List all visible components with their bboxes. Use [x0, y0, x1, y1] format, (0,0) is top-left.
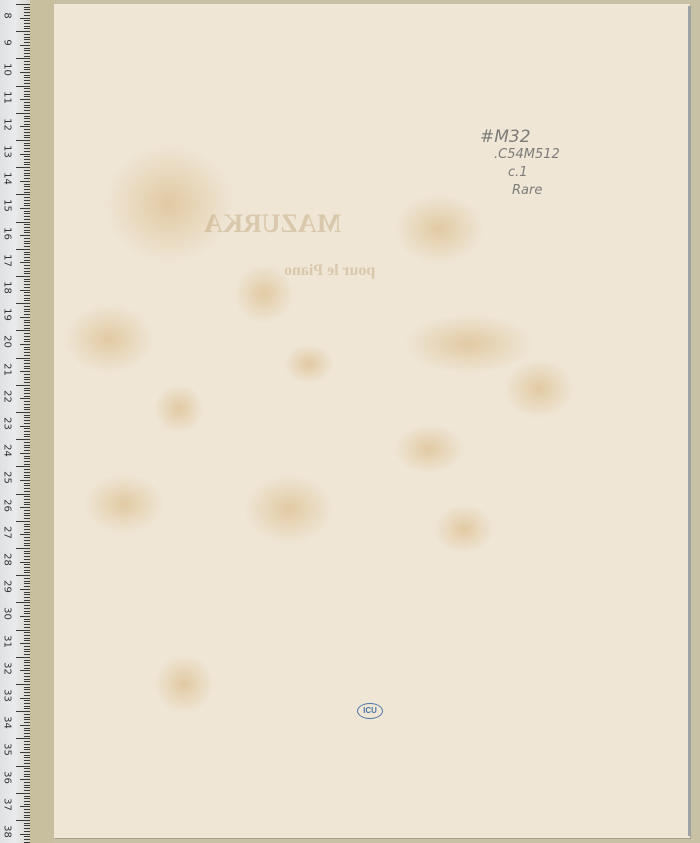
- rare-note: Rare: [480, 182, 560, 200]
- ruler-label: 34: [2, 716, 13, 730]
- ruler-tick: [16, 494, 30, 495]
- ruler-label: 21: [2, 362, 13, 376]
- ruler-tick: [16, 521, 30, 522]
- ruler-tick: [20, 806, 30, 807]
- ruler-label: 25: [2, 471, 13, 485]
- ruler-tick: [16, 711, 30, 712]
- ruler-tick: [16, 330, 30, 331]
- ruler-tick: [16, 167, 30, 168]
- ruler-tick: [16, 630, 30, 631]
- ruler-tick: [20, 262, 30, 263]
- ruler-tick: [16, 222, 30, 223]
- call-number-line: #M32: [480, 128, 560, 146]
- ruler-tick: [20, 72, 30, 73]
- ruler-label: 30: [2, 607, 13, 621]
- ruler-tick: [16, 793, 30, 794]
- foxing-stain: [84, 474, 164, 534]
- ruler-label: 8: [2, 9, 13, 23]
- ruler-tick: [20, 453, 30, 454]
- copy-number: c.1: [480, 164, 560, 182]
- ruler-label: 36: [2, 770, 13, 784]
- ruler-tick: [20, 589, 30, 590]
- ruler-tick: [16, 602, 30, 603]
- ruler-tick: [20, 616, 30, 617]
- ruler-label: 18: [2, 281, 13, 295]
- ruler-tick: [16, 276, 30, 277]
- ruler-tick: [20, 371, 30, 372]
- foxing-stain: [244, 474, 334, 544]
- ruler-tick: [16, 58, 30, 59]
- ruler-tick: [20, 398, 30, 399]
- ruler-label: 14: [2, 172, 13, 186]
- ruler-tick: [20, 725, 30, 726]
- ruler-tick: [20, 562, 30, 563]
- ruler-label: 13: [2, 145, 13, 159]
- call-number-cutter: .C54M512: [480, 146, 560, 164]
- ruler-tick: [20, 208, 30, 209]
- scan-background-strip: [30, 0, 54, 843]
- ruler-tick: [16, 4, 30, 5]
- ruler-label: 26: [2, 498, 13, 512]
- ruler-tick: [16, 249, 30, 250]
- ruler-tick: [16, 385, 30, 386]
- ruler-tick: [20, 698, 30, 699]
- foxing-stain: [154, 384, 204, 434]
- foxing-stain: [64, 304, 154, 374]
- ruler-tick: [20, 426, 30, 427]
- ruler-label: 31: [2, 634, 13, 648]
- ruler-tick: [16, 303, 30, 304]
- foxing-stain: [404, 314, 534, 374]
- ruler-tick: [16, 684, 30, 685]
- ruler-tick: [16, 766, 30, 767]
- ruler-label: 29: [2, 580, 13, 594]
- ruler-tick: [16, 140, 30, 141]
- ruler-tick: [20, 507, 30, 508]
- bleed-through-title: MAZURKA: [204, 209, 341, 239]
- ruler-tick: [20, 344, 30, 345]
- bleed-through-subtitle: pour le Piano: [284, 262, 375, 280]
- ruler-tick: [16, 194, 30, 195]
- ruler-label: 10: [2, 63, 13, 77]
- ruler-label: 23: [2, 417, 13, 431]
- ruler-tick: [20, 480, 30, 481]
- ruler-label: 11: [2, 90, 13, 104]
- ruler-tick: [20, 670, 30, 671]
- ruler-tick: [16, 575, 30, 576]
- ruler-tick: [20, 235, 30, 236]
- ruler-label: 19: [2, 308, 13, 322]
- ruler-tick: [16, 358, 30, 359]
- ruler-tick: [20, 643, 30, 644]
- ruler-tick: [20, 99, 30, 100]
- ruler-tick: [20, 752, 30, 753]
- ruler-label: 27: [2, 525, 13, 539]
- ruler-tick: [16, 820, 30, 821]
- ruler-label: 28: [2, 553, 13, 567]
- ruler-tick: [20, 317, 30, 318]
- ruler-label: 17: [2, 253, 13, 267]
- ruler-tick: [20, 534, 30, 535]
- ruler-label: 37: [2, 797, 13, 811]
- ruler-tick: [20, 779, 30, 780]
- ruler-label: 35: [2, 743, 13, 757]
- ruler-label: 15: [2, 199, 13, 213]
- library-stamp: ICU: [357, 703, 383, 719]
- ruler-tick: [20, 290, 30, 291]
- ruler-label: 9: [2, 36, 13, 50]
- foxing-stain: [284, 344, 334, 384]
- ruler-label: 22: [2, 389, 13, 403]
- ruler-tick: [20, 126, 30, 127]
- ruler-label: 33: [2, 689, 13, 703]
- ruler-tick: [20, 181, 30, 182]
- ruler-tick: [16, 738, 30, 739]
- ruler-tick: [20, 154, 30, 155]
- ruler-tick: [16, 31, 30, 32]
- ruler-tick: [16, 113, 30, 114]
- foxing-stain: [434, 504, 494, 554]
- ruler-label: 38: [2, 825, 13, 839]
- ruler-tick: [16, 86, 30, 87]
- ruler-tick: [16, 657, 30, 658]
- measurement-ruler: 8910111213141516171819202122232425262728…: [0, 0, 30, 843]
- ruler-tick: [20, 834, 30, 835]
- foxing-stain: [104, 144, 234, 264]
- foxing-stain: [154, 654, 214, 714]
- ruler-tick: [20, 18, 30, 19]
- page-edge: [688, 6, 691, 836]
- foxing-stain: [504, 359, 574, 419]
- ruler-label: 32: [2, 661, 13, 675]
- foxing-stain: [394, 424, 464, 474]
- ruler-label: 20: [2, 335, 13, 349]
- ruler-label: 24: [2, 444, 13, 458]
- foxing-stain: [394, 194, 484, 264]
- ruler-tick: [16, 412, 30, 413]
- ruler-tick: [20, 45, 30, 46]
- ruler-tick: [16, 439, 30, 440]
- ruler-tick: [16, 548, 30, 549]
- ruler-tick: [16, 466, 30, 467]
- ruler-label: 12: [2, 117, 13, 131]
- ruler-label: 16: [2, 226, 13, 240]
- catalog-notes: #M32 .C54M512 c.1 Rare: [480, 128, 560, 200]
